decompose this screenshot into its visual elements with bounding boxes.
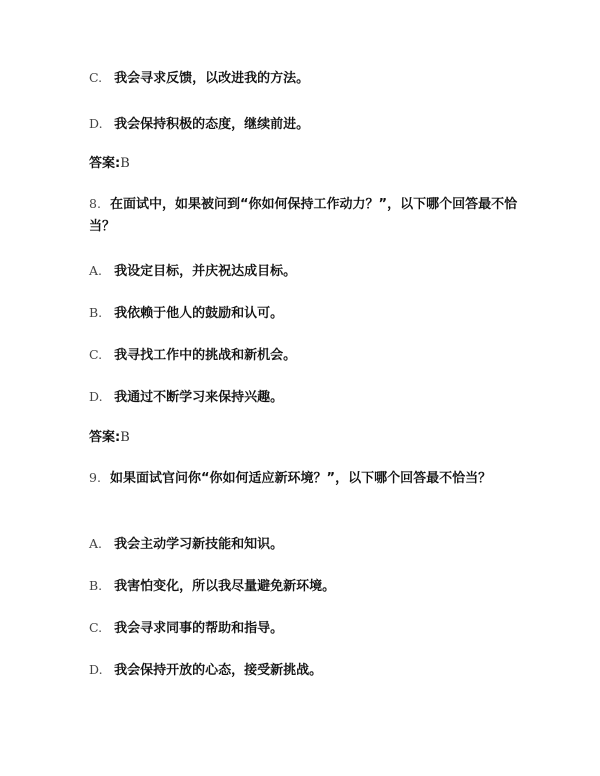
q8-option-b: B. 我依赖于他人的鼓励和认可。 (89, 305, 283, 322)
option-text: 我通过不断学习来保持兴趣。 (114, 390, 283, 405)
option-label: D. (89, 116, 110, 132)
option-label: A. (89, 536, 110, 552)
q9-option-d: D. 我会保持开放的心态，接受新挑战。 (89, 662, 322, 679)
option-text: 我设定目标，并庆祝达成目标。 (114, 264, 296, 279)
q8-option-a: A. 我设定目标，并庆祝达成目标。 (89, 263, 296, 280)
option-text: 我会保持积极的态度，继续前进。 (114, 117, 309, 132)
question-8-stem: 8.在面试中，如果被问到“你如何保持工作动力？”，以下哪个回答最不恰当？ (89, 193, 519, 238)
option-text: 我寻找工作中的挑战和新机会。 (114, 348, 296, 363)
answer-prefix: 答案: (89, 156, 120, 171)
question-number: 8. (89, 193, 110, 215)
q9-option-c: C. 我会寻求同事的帮助和指导。 (89, 620, 283, 637)
option-text: 我依赖于他人的鼓励和认可。 (114, 306, 283, 321)
option-text: 我会寻求同事的帮助和指导。 (114, 621, 283, 636)
prev-answer: 答案:B (89, 156, 130, 172)
q8-option-d: D. 我通过不断学习来保持兴趣。 (89, 389, 283, 406)
option-text: 我会保持开放的心态，接受新挑战。 (114, 663, 322, 678)
option-label: C. (89, 620, 110, 636)
question-text: 如果面试官问你“你如何适应新环境？”，以下哪个回答最不恰当？ (110, 471, 491, 486)
prev-option-d: D. 我会保持积极的态度，继续前进。 (89, 116, 309, 133)
question-number: 9. (89, 467, 110, 489)
q9-option-a: A. 我会主动学习新技能和知识。 (89, 536, 283, 553)
option-label: C. (89, 347, 110, 363)
option-text: 我会主动学习新技能和知识。 (114, 537, 283, 552)
answer-value: B (120, 430, 130, 445)
option-text: 我害怕变化，所以我尽量避免新环境。 (114, 579, 335, 594)
option-label: D. (89, 389, 110, 405)
q8-answer: 答案:B (89, 430, 130, 446)
answer-prefix: 答案: (89, 430, 120, 445)
answer-value: B (120, 156, 130, 171)
q9-option-b: B. 我害怕变化，所以我尽量避免新环境。 (89, 578, 335, 595)
question-text: 在面试中，如果被问到“你如何保持工作动力？”，以下哪个回答最不恰当？ (89, 197, 517, 234)
option-label: B. (89, 578, 110, 594)
option-label: C. (89, 70, 110, 86)
prev-option-c: C. 我会寻求反馈，以改进我的方法。 (89, 70, 309, 87)
question-9-stem: 9.如果面试官问你“你如何适应新环境？”，以下哪个回答最不恰当？ (89, 467, 519, 490)
option-text: 我会寻求反馈，以改进我的方法。 (114, 71, 309, 86)
option-label: B. (89, 305, 110, 321)
option-label: A. (89, 263, 110, 279)
q8-option-c: C. 我寻找工作中的挑战和新机会。 (89, 347, 296, 364)
option-label: D. (89, 662, 110, 678)
